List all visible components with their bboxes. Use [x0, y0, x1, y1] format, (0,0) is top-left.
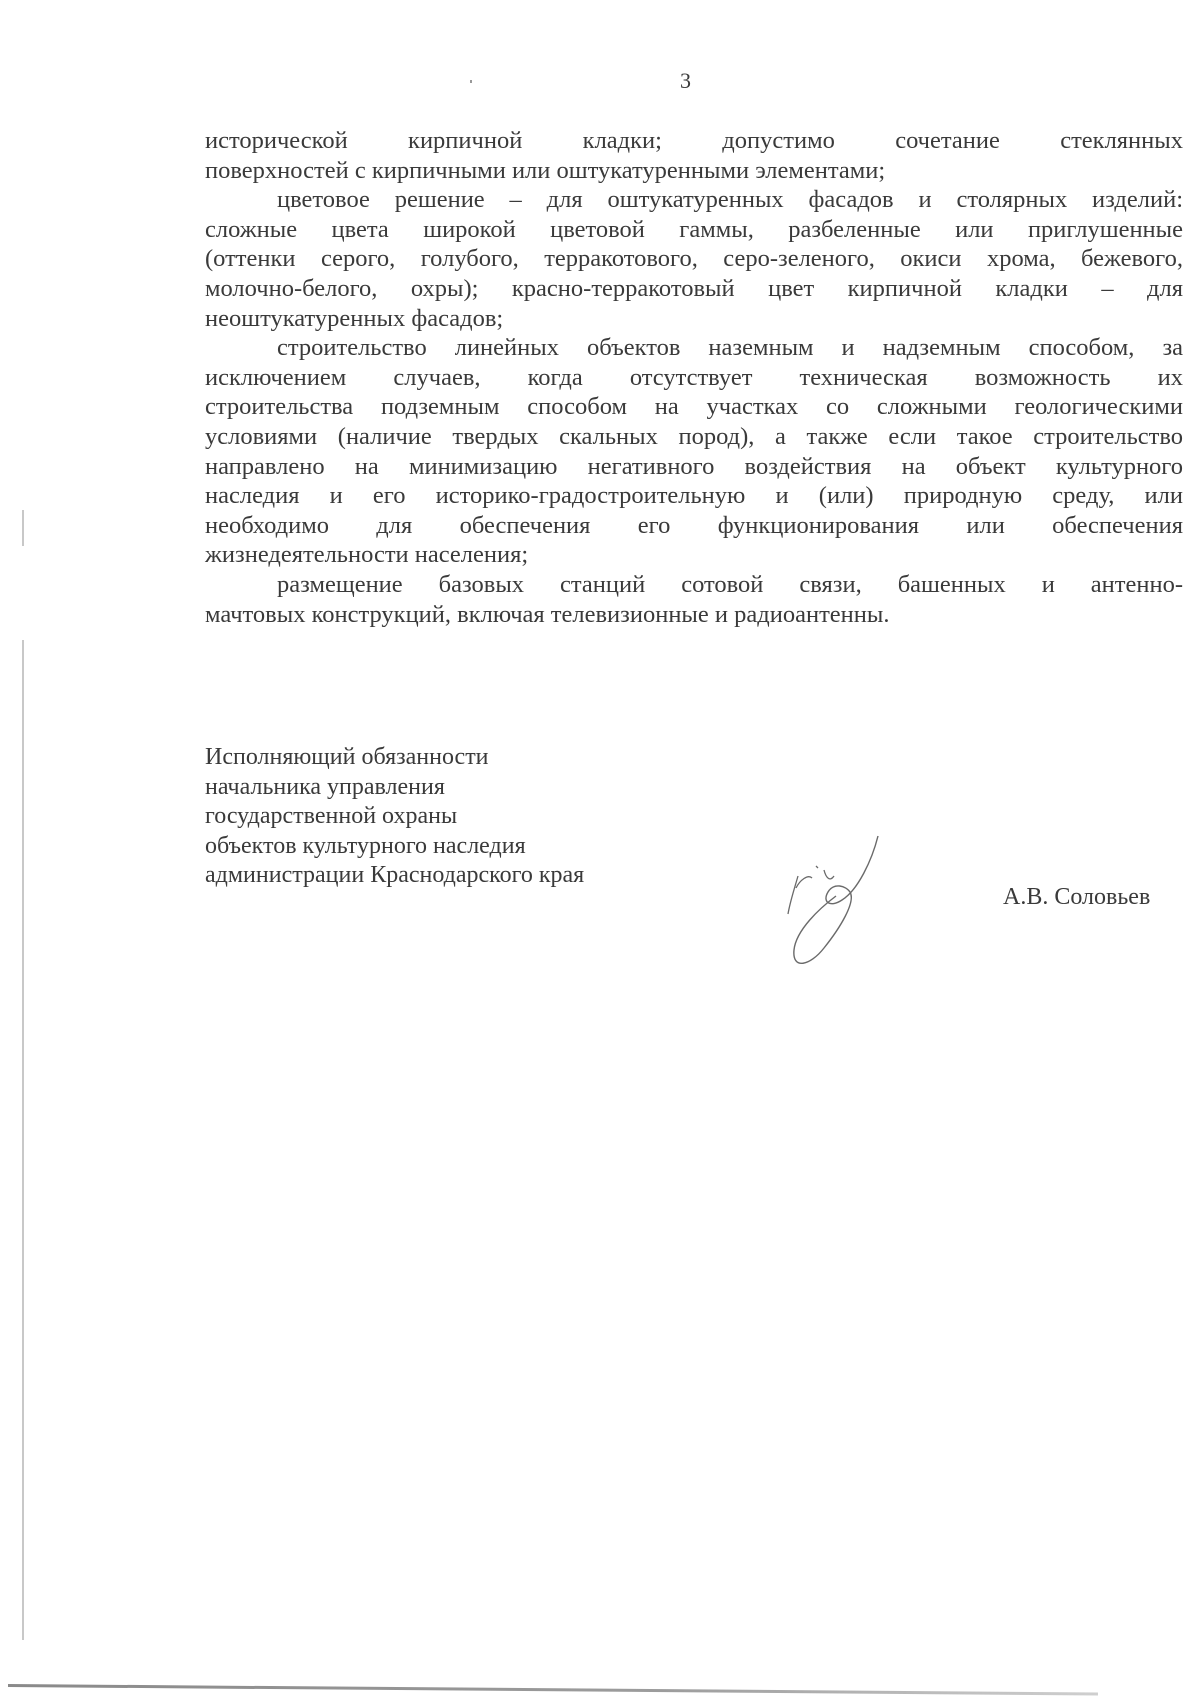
text-line: мачтовых конструкций, включая телевизион…	[205, 600, 1183, 630]
text-line: молочно-белого, охры); красно-терракотов…	[205, 274, 1183, 304]
scan-edge-line	[22, 640, 24, 1640]
text-line: строительство линейных объектов наземным…	[205, 333, 1183, 363]
text-line: поверхностей с кирпичными или оштукатуре…	[205, 156, 1183, 186]
position-line: государственной охраны	[205, 802, 584, 832]
text-line: исторической кирпичной кладки; допустимо…	[205, 126, 1183, 156]
text-line: неоштукатуренных фасадов;	[205, 304, 1183, 334]
text-line: направлено на минимизацию негативного во…	[205, 452, 1183, 482]
paragraph-1: исторической кирпичной кладки; допустимо…	[205, 126, 1183, 185]
text-line: строительства подземным способом на учас…	[205, 392, 1183, 422]
signatory-position: Исполняющий обязанности начальника управ…	[205, 743, 584, 891]
scan-speck	[470, 80, 472, 83]
scan-bottom-edge	[8, 1684, 1098, 1696]
text-line: размещение базовых станций сотовой связи…	[205, 570, 1183, 600]
text-line: исключением случаев, когда отсутствует т…	[205, 363, 1183, 393]
text-line: наследия и его историко-градостроительну…	[205, 481, 1183, 511]
paragraph-4: размещение базовых станций сотовой связи…	[205, 570, 1183, 629]
page-number: 3	[680, 68, 691, 94]
text-line: необходимо для обеспечения его функциони…	[205, 511, 1183, 541]
position-line: объектов культурного наследия	[205, 832, 584, 862]
text-line: (оттенки серого, голубого, терракотового…	[205, 244, 1183, 274]
paragraph-3: строительство линейных объектов наземным…	[205, 333, 1183, 570]
document-body: исторической кирпичной кладки; допустимо…	[205, 126, 1183, 629]
signatory-name: А.В. Соловьев	[1003, 884, 1150, 911]
position-line: Исполняющий обязанности	[205, 743, 584, 773]
handwritten-signature-icon	[780, 830, 890, 980]
position-line: администрации Краснодарского края	[205, 861, 584, 891]
scan-edge-line	[22, 510, 24, 546]
text-line: условиями (наличие твердых скальных поро…	[205, 422, 1183, 452]
text-line: цветовое решение – для оштукатуренных фа…	[205, 185, 1183, 215]
position-line: начальника управления	[205, 773, 584, 803]
text-line: сложные цвета широкой цветовой гаммы, ра…	[205, 215, 1183, 245]
paragraph-2: цветовое решение – для оштукатуренных фа…	[205, 185, 1183, 333]
text-line: жизнедеятельности населения;	[205, 540, 1183, 570]
